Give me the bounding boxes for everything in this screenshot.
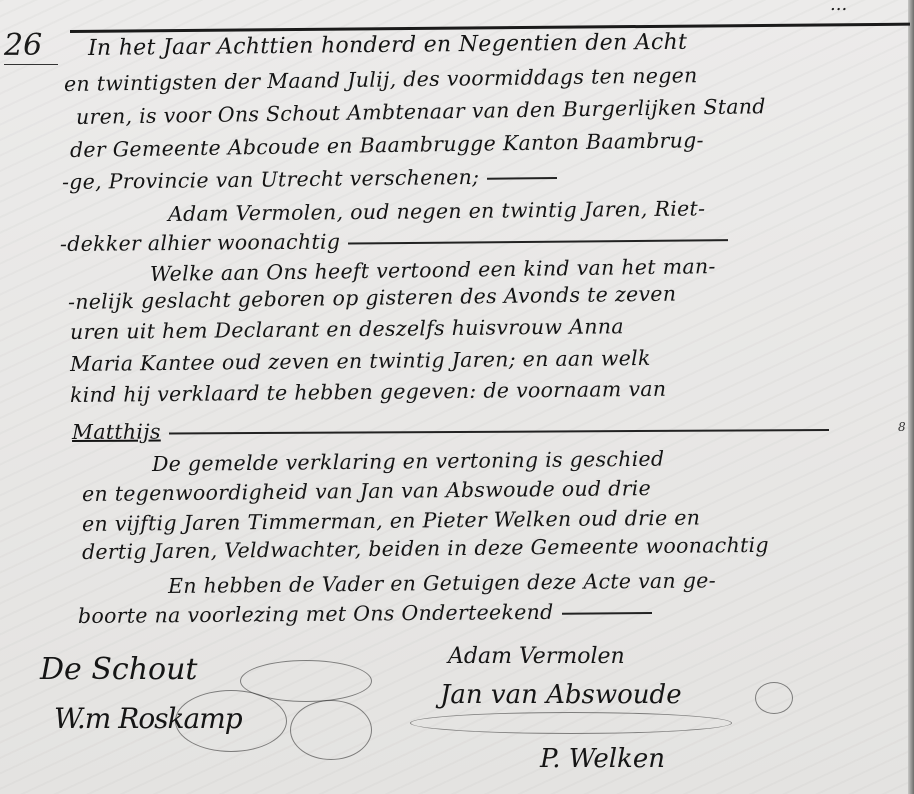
body-line-14: De gemelde verklaring en vertoning is ge… <box>152 447 665 476</box>
signature-flourish <box>175 690 287 752</box>
filler-line <box>348 239 728 244</box>
signature-witness-2: P. Welken <box>540 744 665 774</box>
margin-note: 8 <box>898 420 906 434</box>
body-line-7-text: -dekker alhier woonachtig <box>60 230 340 256</box>
body-line-19: boorte na voorlezing met Ons Onderteeken… <box>78 599 652 628</box>
body-line-1: In het Jaar Achttien honderd en Negentie… <box>88 30 687 61</box>
body-line-12: kind hij verklaard te hebben gegeven: de… <box>70 377 667 407</box>
page-edge <box>908 0 914 794</box>
child-name: Matthijs <box>72 420 161 444</box>
body-line-11: Maria Kantee oud zeven en twintig Jaren;… <box>70 346 651 376</box>
signature-flourish <box>410 712 732 734</box>
body-line-3: uren, is voor Ons Schout Ambtenaar van d… <box>76 94 766 129</box>
signature-witness-1: Jan van Abswoude <box>440 680 682 710</box>
body-line-9: -nelijk geslacht geboren op gisteren des… <box>68 282 677 314</box>
body-line-19-text: boorte na voorlezing met Ons Onderteeken… <box>78 600 554 628</box>
filler-line <box>487 176 557 179</box>
filler-line <box>562 611 652 614</box>
body-line-17: dertig Jaren, Veldwachter, beiden in dez… <box>82 533 769 564</box>
body-line-6: Adam Vermolen, oud negen en twintig Jare… <box>168 196 706 226</box>
body-line-18: En hebben de Vader en Getuigen deze Acte… <box>168 568 716 598</box>
signature-father: Adam Vermolen <box>448 644 625 669</box>
body-line-15: en tegenwoordigheid van Jan van Abswoude… <box>82 476 651 506</box>
register-page: ... 26 In het Jaar Achttien honderd en N… <box>0 0 914 794</box>
body-line-2: en twintigsten der Maand Julij, des voor… <box>64 63 698 96</box>
body-line-5-text: -ge, Provincie van Utrecht verschenen; <box>62 165 480 194</box>
filler-line <box>169 429 829 434</box>
record-number: 26 <box>4 28 58 65</box>
body-line-5: -ge, Provincie van Utrecht verschenen; <box>62 164 558 194</box>
body-line-13: Matthijs <box>72 416 829 444</box>
signature-flourish <box>240 660 372 702</box>
body-line-16: en vijftig Jaren Timmerman, en Pieter We… <box>82 506 700 536</box>
signature-flourish <box>755 682 793 714</box>
signature-flourish <box>290 700 372 760</box>
body-line-4: der Gemeente Abcoude en Baambrugge Kanto… <box>70 128 704 162</box>
body-line-7: -dekker alhier woonachtig <box>60 226 728 256</box>
signature-label-schout: De Schout <box>40 652 197 687</box>
header-fragment: ... <box>830 0 847 15</box>
body-line-10: uren uit hem Declarant en deszelfs huisv… <box>70 314 624 344</box>
